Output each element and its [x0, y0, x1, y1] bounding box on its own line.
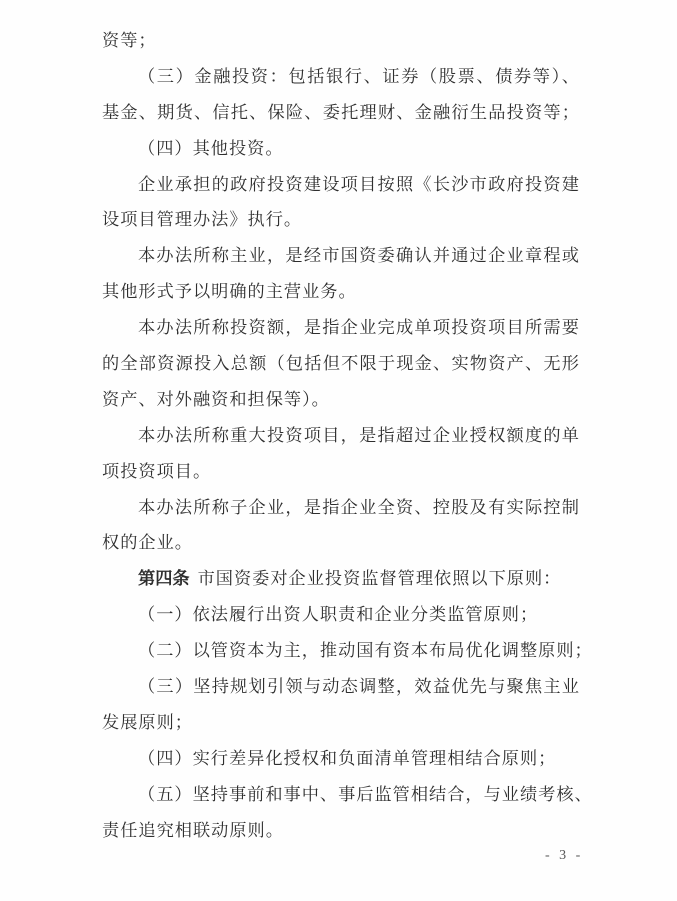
text-line: 本办法所称投资额，是指企业完成单项投资项目所需要 — [102, 311, 580, 347]
text-line: 设项目管理办法》执行。 — [102, 203, 580, 239]
principle-line: 发展原则； — [102, 706, 580, 742]
article-text: 市国资委对企业投资监督管理依照以下原则： — [198, 569, 562, 589]
text-line: 本办法所称重大投资项目，是指超过企业授权额度的单 — [102, 419, 580, 455]
text-line: （四）其他投资。 — [102, 132, 580, 168]
principle-line: （五）坚持事前和事中、事后监管相结合，与业绩考核、 — [102, 778, 580, 814]
text-line: （三）金融投资：包括银行、证券（股票、债券等）、 — [102, 60, 580, 96]
article-line: 第四条市国资委对企业投资监督管理依照以下原则： — [102, 562, 580, 598]
article-heading: 第四条 — [138, 569, 190, 589]
principle-line: （三）坚持规划引领与动态调整，效益优先与聚焦主业 — [102, 670, 580, 706]
body-text: 资等； （三）金融投资：包括银行、证券（股票、债券等）、 基金、期货、信托、保险… — [102, 24, 580, 849]
principle-line: （一）依法履行出资人职责和企业分类监管原则； — [102, 598, 580, 634]
principle-line: 责任追究相联动原则。 — [102, 814, 580, 850]
principle-line: （二）以管资本为主，推动国有资本布局优化调整原则； — [102, 634, 580, 670]
text-line: 项投资项目。 — [102, 455, 580, 491]
text-line: 其他形式予以明确的主营业务。 — [102, 275, 580, 311]
text-line: 本办法所称主业，是经市国资委确认并通过企业章程或 — [102, 239, 580, 275]
text-line: 企业承担的政府投资建设项目按照《长沙市政府投资建 — [102, 168, 580, 204]
text-line: 资产、对外融资和担保等）。 — [102, 383, 580, 419]
document-page: 资等； （三）金融投资：包括银行、证券（股票、债券等）、 基金、期货、信托、保险… — [0, 0, 677, 901]
text-line: 的全部资源投入总额（包括但不限于现金、实物资产、无形 — [102, 347, 580, 383]
text-line: 权的企业。 — [102, 526, 580, 562]
text-line: 资等； — [102, 24, 580, 60]
page-number: - 3 - — [545, 848, 583, 864]
principle-line: （四）实行差异化授权和负面清单管理相结合原则； — [102, 742, 580, 778]
text-line: 基金、期货、信托、保险、委托理财、金融衍生品投资等； — [102, 96, 580, 132]
text-line: 本办法所称子企业，是指企业全资、控股及有实际控制 — [102, 491, 580, 527]
